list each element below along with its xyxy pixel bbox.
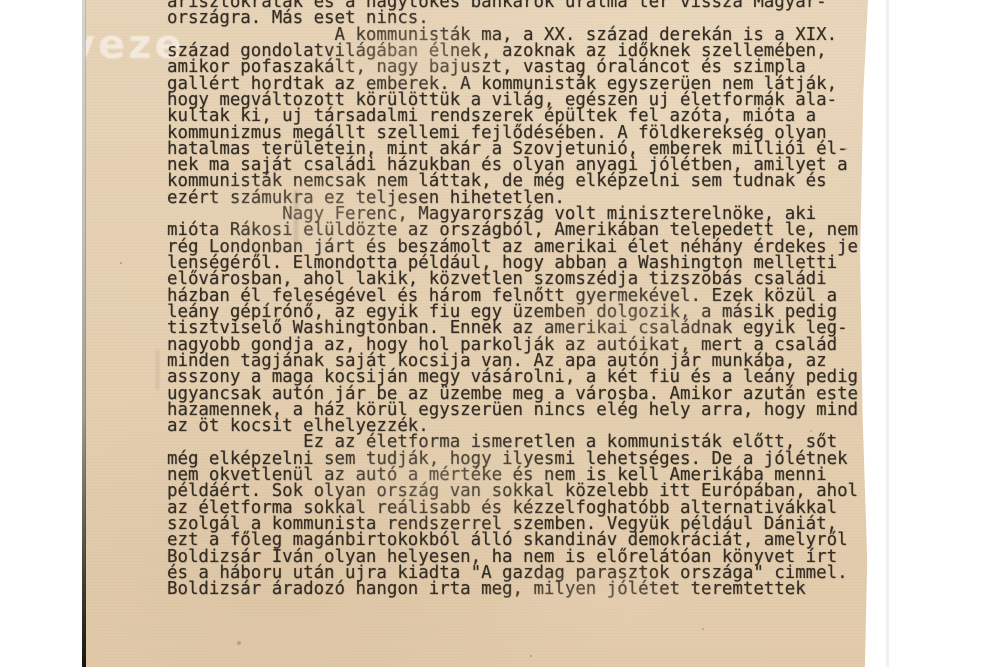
paper-left-edge-shadow: [82, 0, 86, 667]
page-background: veze arisztokraták és a nagytőkés bankár…: [0, 0, 1000, 667]
pencil-smudge: [156, 350, 159, 390]
document-scan-paper: veze arisztokraták és a nagytőkés bankár…: [85, 0, 868, 667]
typewritten-lines: arisztokraták és a nagytőkés bankárok ur…: [167, 0, 868, 598]
text-line: Boldizsár áradozó hangon irta meg, milye…: [167, 581, 868, 597]
page-boundary-line: [886, 0, 889, 667]
pencil-smudge: [294, 190, 298, 246]
paper-specks: [0, 0, 2, 2]
